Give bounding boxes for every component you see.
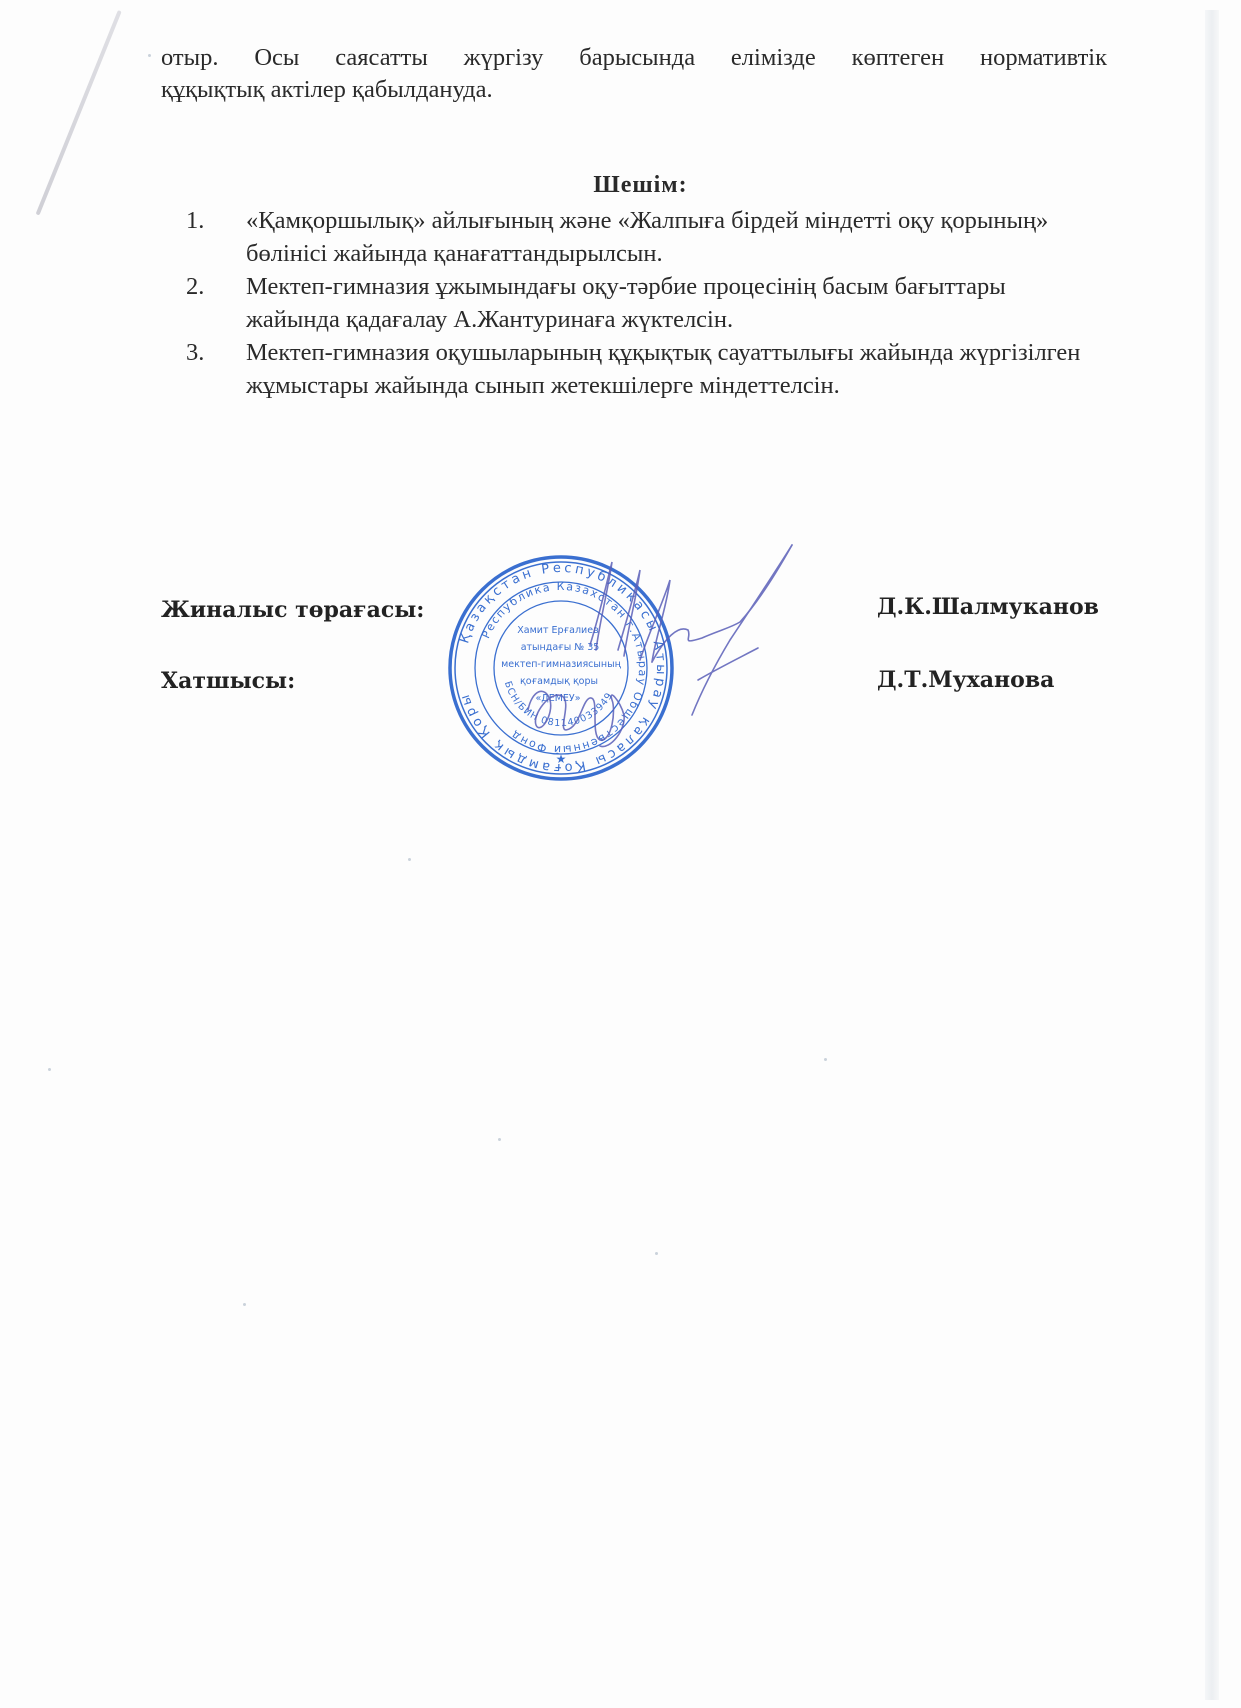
secretary-name: Д.Т.Муханова [877,667,1054,693]
document-page: отыр. Осы саясатты жүргізу барысында елі… [0,0,1241,1708]
svg-text:Хамит Ерғалиев: Хамит Ерғалиев [517,625,599,636]
svg-text:«ДЕМЕУ»: «ДЕМЕУ» [535,693,580,704]
svg-text:қоғамдық қоры: қоғамдық қоры [520,676,598,687]
scan-dust [655,1252,658,1255]
chair-name: Д.К.Шалмуканов [877,594,1099,620]
svg-text:атындағы № 35: атындағы № 35 [521,642,600,653]
official-stamp: Қазақстан Республикасы Атырау қаласы Қоғ… [446,553,676,783]
decision-item: 3. Мектеп-гимназия оқушыларының құқықтық… [186,336,1086,402]
intro-paragraph-line-1: отыр. Осы саясатты жүргізу барысында елі… [161,42,1107,74]
scan-dust [48,1068,51,1071]
intro-paragraph: отыр. Осы саясатты жүргізу барысында елі… [161,42,1107,106]
decision-item-number: 2. [186,270,204,303]
decision-item-text: Мектеп-гимназия ұжымындағы оқу-тәрбие пр… [246,273,1006,333]
scan-edge-artifact [1205,10,1219,1700]
scan-dust [148,54,151,57]
decision-item-number: 3. [186,336,204,369]
scan-dust [498,1138,501,1141]
scan-dust [243,1303,246,1306]
scan-dust [408,858,411,861]
intro-paragraph-line-2: құқықтық актілер қабылдануда. [161,74,1107,106]
chair-label: Жиналыс төрағасы: [161,597,424,623]
scan-dust [824,1058,827,1061]
stamp-bin-text: БСН/БИН 081140033949 [502,680,615,729]
decision-title: Шешім: [0,172,1241,199]
decision-item-text: «Қамқоршылық» айлығының және «Жалпыға бі… [246,207,1048,267]
decision-item: 1. «Қамқоршылық» айлығының және «Жалпыға… [186,204,1086,270]
decision-item-text: Мектеп-гимназия оқушыларының құқықтық са… [246,339,1080,399]
decision-item: 2. Мектеп-гимназия ұжымындағы оқу-тәрбие… [186,270,1086,336]
stamp-star-icon: ★ [556,752,567,766]
decision-list: 1. «Қамқоршылық» айлығының және «Жалпыға… [186,204,1086,402]
stamp-center-text: Хамит Ерғалиев атындағы № 35 мектеп-гимн… [501,625,622,704]
decision-item-number: 1. [186,204,204,237]
secretary-label: Хатшысы: [161,668,295,694]
svg-text:мектеп-гимназиясының: мектеп-гимназиясының [501,659,622,670]
